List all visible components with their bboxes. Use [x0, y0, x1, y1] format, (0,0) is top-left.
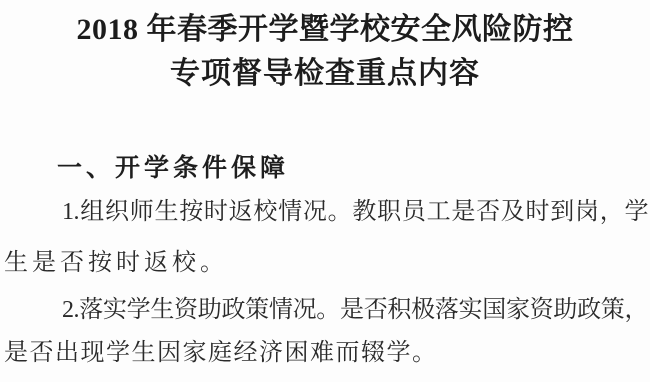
- section-heading: 一、开学条件保障: [57, 153, 289, 183]
- document-title-line-2: 专项督导检查重点内容: [0, 57, 650, 91]
- paragraph-2-line-1: 2.落实学生资助政策情况。是否积极落实国家资助政策，: [4, 293, 648, 327]
- paragraph-2-line-2: 是否出现学生因家庭经济困难而辍学。: [4, 336, 648, 370]
- document-page: 2018 年春季开学暨学校安全风险防控 专项督导检查重点内容 一、开学条件保障 …: [0, 0, 650, 382]
- paragraph-1-line-1: 1.组织师生按时返校情况。教职员工是否及时到岗，学: [4, 195, 648, 229]
- paragraph-1-line-2: 生是否按时返校。: [4, 246, 648, 280]
- document-title-line-1: 2018 年春季开学暨学校安全风险防控: [0, 13, 650, 47]
